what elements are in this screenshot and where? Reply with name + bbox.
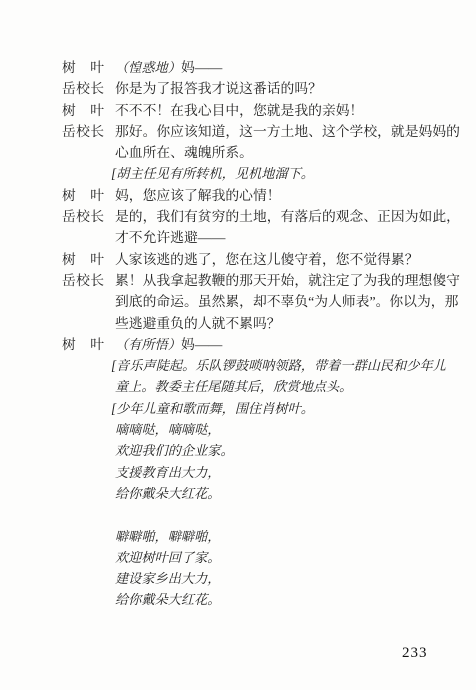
script-line: 树 叶（惶惑地）妈——	[62, 57, 427, 78]
song-text: 欢迎树叶回了家。	[115, 550, 221, 565]
stage-direction-text: [音乐声陡起。乐队锣鼓唢呐领路，带着一群山民和少年儿	[111, 358, 446, 373]
stage-direction-text: [胡主任见有所转机，见机地溜下。	[111, 166, 314, 181]
stage-direction-continuation: 童上。教委主任尾随其后，欣赏地点头。	[62, 376, 427, 397]
song-text: 建设家乡出大力，	[115, 571, 221, 586]
song-line: 建设家乡出大力，	[62, 568, 427, 589]
script-line: 岳校长那好。你应该知道，这一方土地、这个学校，就是妈妈的	[62, 121, 427, 142]
script-line: 岳校长累！从我拿起教鞭的那天开始，就注定了为我的理想傻守	[62, 270, 427, 291]
dialogue-text: 心血所在、魂魄所系。	[115, 145, 253, 160]
script-line-continuation: 才不允许逃避——	[62, 227, 427, 248]
speaker-name: 岳校长	[62, 206, 104, 227]
song-line: 嘀嘀哒，嘀嘀哒，	[62, 419, 427, 440]
speaker-name: 树 叶	[62, 334, 104, 355]
script-line: 树 叶（有所悟）妈——	[62, 334, 427, 355]
speaker-name: 树 叶	[62, 100, 104, 121]
song-text: 噼噼啪，噼噼啪，	[115, 529, 221, 544]
song-line: 给你戴朵大红花。	[62, 483, 427, 504]
dialogue-text: 妈，您应该了解我的心情！	[115, 188, 281, 203]
script-line-continuation: 心血所在、魂魄所系。	[62, 142, 427, 163]
speaker-name: 岳校长	[62, 121, 104, 142]
song-text: 给你戴朵大红花。	[115, 592, 221, 607]
stage-direction-text: [少年儿童和歌而舞，围住肖树叶。	[111, 401, 314, 416]
book-page: 树 叶（惶惑地）妈—— 岳校长你是为了报答我才说这番话的吗？ 树 叶不不不！在我…	[0, 0, 476, 690]
script-line: 树 叶不不不！在我心目中，您就是我的亲妈！	[62, 100, 427, 121]
stage-direction-text: 童上。教委主任尾随其后，欣赏地点头。	[115, 379, 352, 394]
script-text-block: 树 叶（惶惑地）妈—— 岳校长你是为了报答我才说这番话的吗？ 树 叶不不不！在我…	[62, 57, 427, 611]
song-line: 给你戴朵大红花。	[62, 589, 427, 610]
speaker-name: 岳校长	[62, 270, 104, 291]
speaker-name: 树 叶	[62, 249, 104, 270]
stage-direction: [少年儿童和歌而舞，围住肖树叶。	[62, 398, 427, 419]
script-line: 树 叶人家该逃的逃了，您在这儿傻守着，您不觉得累？	[62, 249, 427, 270]
speaker-name: 岳校长	[62, 78, 104, 99]
dialogue-text: 你是为了报答我才说这番话的吗？	[115, 81, 322, 96]
script-line: 岳校长是的，我们有贫穷的土地，有落后的观念、正因为如此，	[62, 206, 427, 227]
song-line: 噼噼啪，噼噼啪，	[62, 526, 427, 547]
stage-parenthetical: （惶惑地）	[115, 60, 181, 75]
speaker-name: 树 叶	[62, 57, 104, 78]
song-text: 欢迎我们的企业家。	[115, 443, 234, 458]
stage-direction: [胡主任见有所转机，见机地溜下。	[62, 163, 427, 184]
dialogue-text: 才不允许逃避——	[115, 230, 225, 245]
dialogue-text: 累！从我拿起教鞭的那天开始，就注定了为我的理想傻守	[115, 273, 460, 288]
song-text: 支援教育出大力，	[115, 465, 221, 480]
page-number: 233	[402, 645, 428, 662]
stage-parenthetical: （有所悟）	[115, 337, 181, 352]
script-line: 树 叶妈，您应该了解我的心情！	[62, 185, 427, 206]
song-line: 支援教育出大力，	[62, 462, 427, 483]
script-line-continuation: 到底的命运。虽然累，却不辜负“为人师表”。你以为，那	[62, 291, 427, 312]
dialogue-text: 人家该逃的逃了，您在这儿傻守着，您不觉得累？	[115, 252, 419, 267]
stage-direction: [音乐声陡起。乐队锣鼓唢呐领路，带着一群山民和少年儿	[62, 355, 427, 376]
dialogue-text: 是的，我们有贫穷的土地，有落后的观念、正因为如此，	[115, 209, 460, 224]
script-line: 岳校长你是为了报答我才说这番话的吗？	[62, 78, 427, 99]
song-text: 给你戴朵大红花。	[115, 486, 221, 501]
dialogue-text: 些逃避重负的人就不累吗？	[115, 316, 281, 331]
dialogue-text: 不不不！在我心目中，您就是我的亲妈！	[115, 103, 363, 118]
song-line: 欢迎我们的企业家。	[62, 440, 427, 461]
verse-gap	[62, 504, 427, 525]
dialogue-text: 妈——	[181, 60, 222, 75]
dialogue-text: 那好。你应该知道，这一方土地、这个学校，就是妈妈的	[115, 124, 460, 139]
dialogue-text: 到底的命运。虽然累，却不辜负“为人师表”。你以为，那	[115, 294, 458, 309]
song-line: 欢迎树叶回了家。	[62, 547, 427, 568]
speaker-name: 树 叶	[62, 185, 104, 206]
dialogue-text: 妈——	[181, 337, 222, 352]
script-line-continuation: 些逃避重负的人就不累吗？	[62, 313, 427, 334]
song-text: 嘀嘀哒，嘀嘀哒，	[115, 422, 221, 437]
